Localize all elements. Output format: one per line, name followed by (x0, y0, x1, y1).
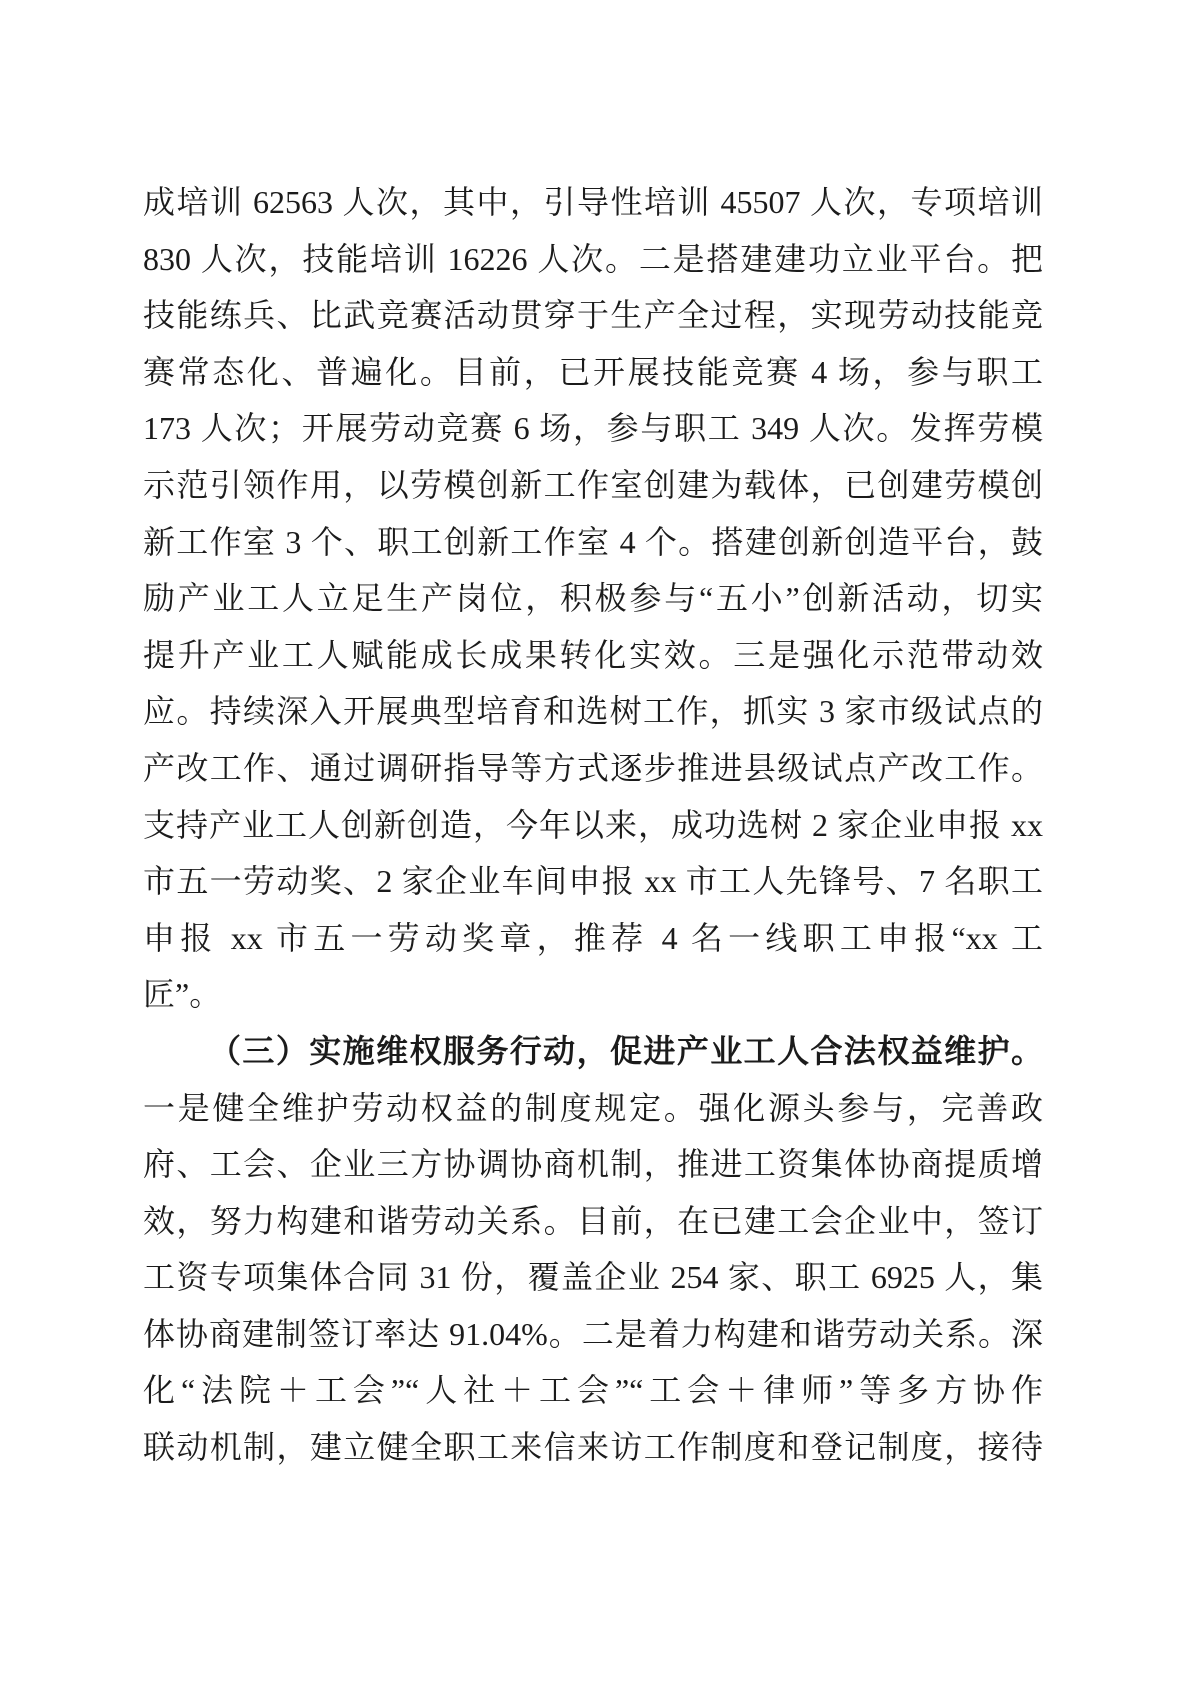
text-line: 新工作室 3 个、职工创新工作室 4 个。搭建创新创造平台，鼓 (143, 514, 1043, 571)
text-line: 赛常态化、普遍化。目前，已开展技能竞赛 4 场，参与职工 (143, 344, 1043, 401)
text-line: 励产业工人立足生产岗位，积极参与“五小”创新活动，切实 (143, 570, 1043, 627)
text-line: 成培训 62563 人次，其中，引导性培训 45507 人次，专项培训 (143, 174, 1043, 231)
text-line: 示范引领作用，以劳模创新工作室创建为载体，已创建劳模创 (143, 457, 1043, 514)
text-line: 173 人次；开展劳动竞赛 6 场，参与职工 349 人次。发挥劳模 (143, 400, 1043, 457)
text-line: 提升产业工人赋能成长成果转化实效。三是强化示范带动效 (143, 627, 1043, 684)
text-line: 产改工作、通过调研指导等方式逐步推进县级试点产改工作。 (143, 740, 1043, 797)
text-block: 成培训 62563 人次，其中，引导性培训 45507 人次，专项培训830 人… (143, 174, 1043, 1476)
text-line: 申报 xx 市五一劳动奖章，推荐 4 名一线职工申报“xx 工 (143, 910, 1043, 967)
text-line: 匠”。 (143, 966, 1043, 1023)
text-line: 体协商建制签订率达 91.04%。二是着力构建和谐劳动关系。深 (143, 1306, 1043, 1363)
text-line: 化“法院＋工会”“人社＋工会”“工会＋律师”等多方协作 (143, 1362, 1043, 1419)
text-line: 府、工会、企业三方协调协商机制，推进工资集体协商提质增 (143, 1136, 1043, 1193)
text-line: 一是健全维护劳动权益的制度规定。强化源头参与，完善政 (143, 1080, 1043, 1137)
text-line: 支持产业工人创新创造，今年以来，成功选树 2 家企业申报 xx (143, 797, 1043, 854)
text-line: 工资专项集体合同 31 份，覆盖企业 254 家、职工 6925 人，集 (143, 1249, 1043, 1306)
document-page: 成培训 62563 人次，其中，引导性培训 45507 人次，专项培训830 人… (0, 0, 1190, 1683)
text-line: 效，努力构建和谐劳动关系。目前，在已建工会企业中，签订 (143, 1193, 1043, 1250)
text-line: （三）实施维权服务行动，促进产业工人合法权益维护。 (143, 1023, 1043, 1080)
text-line: 联动机制，建立健全职工来信来访工作制度和登记制度，接待 (143, 1419, 1043, 1476)
text-line: 830 人次，技能培训 16226 人次。二是搭建建功立业平台。把 (143, 231, 1043, 288)
text-line: 技能练兵、比武竞赛活动贯穿于生产全过程，实现劳动技能竞 (143, 287, 1043, 344)
text-line: 应。持续深入开展典型培育和选树工作，抓实 3 家市级试点的 (143, 683, 1043, 740)
text-line: 市五一劳动奖、2 家企业车间申报 xx 市工人先锋号、7 名职工 (143, 853, 1043, 910)
